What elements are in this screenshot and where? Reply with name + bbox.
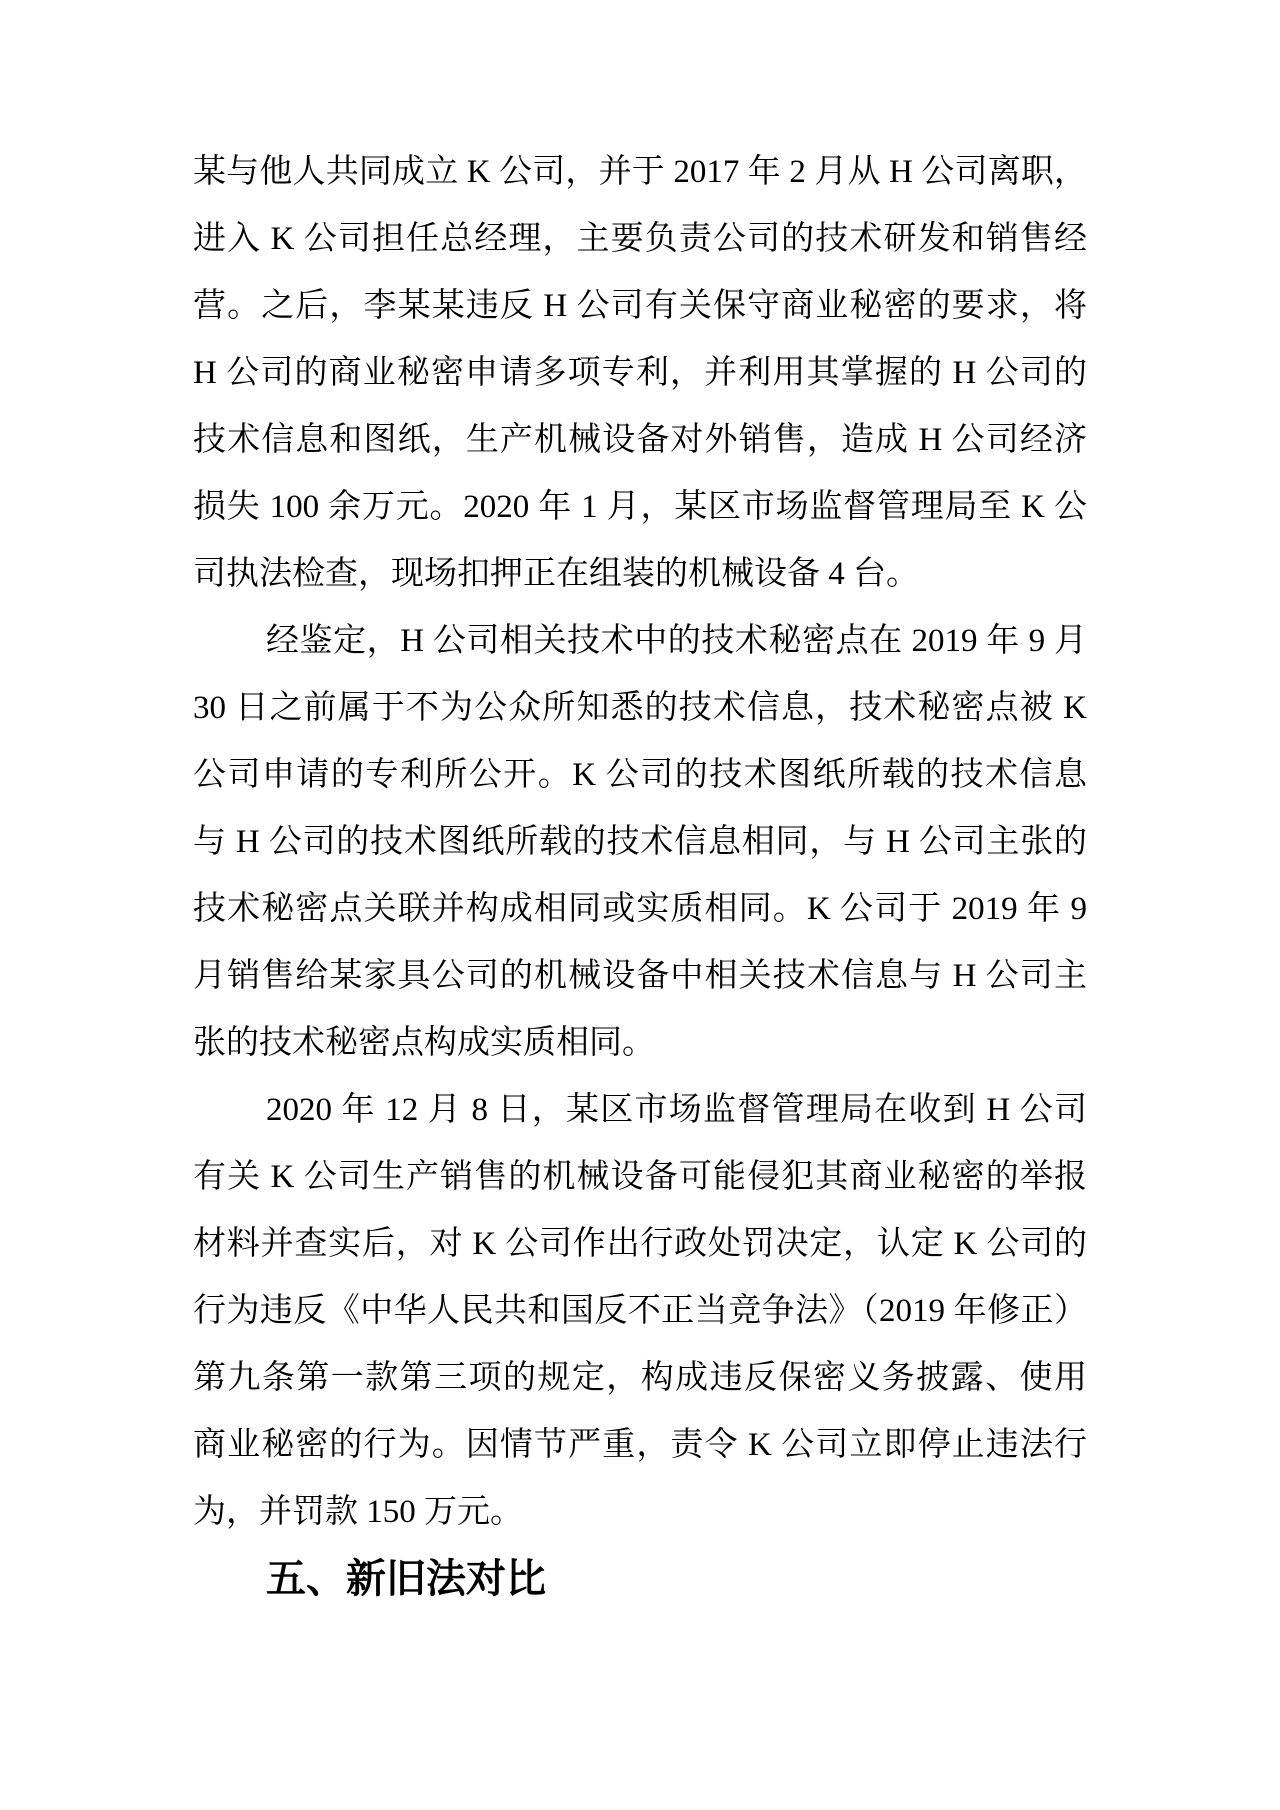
text-line: 司执法检查，现场扣押正在组装的机械设备 4 台。 [193,541,1087,608]
paragraph-3: 2020 年 12 月 8 日，某区市场监督管理局在收到 H 公司 有关 K 公… [193,1077,1087,1546]
body-text: 某与他人共同成立 K 公司，并于 2017 年 2 月从 H 公司离职， 进入 … [193,139,1087,1613]
text-line: 经鉴定，H 公司相关技术中的技术秘密点在 2019 年 9 月 [193,608,1087,675]
text-line: 营。之后，李某某违反 H 公司有关保守商业秘密的要求，将 [193,273,1087,340]
text-line: 技术秘密点关联并构成相同或实质相同。K 公司于 2019 年 9 [193,876,1087,943]
text-line: 损失 100 余万元。2020 年 1 月，某区市场监督管理局至 K 公 [193,474,1087,541]
text-line: 为，并罚款 150 万元。 [193,1479,1087,1546]
section-heading: 五、新旧法对比 [193,1546,1087,1613]
text-line: 商业秘密的行为。因情节严重，责令 K 公司立即停止违法行 [193,1412,1087,1479]
text-line: H 公司的商业秘密申请多项专利，并利用其掌握的 H 公司的 [193,340,1087,407]
text-line: 技术信息和图纸，生产机械设备对外销售，造成 H 公司经济 [193,407,1087,474]
text-line: 第九条第一款第三项的规定，构成违反保密义务披露、使用 [193,1345,1087,1412]
document-page: 某与他人共同成立 K 公司，并于 2017 年 2 月从 H 公司离职， 进入 … [0,0,1280,1810]
text-line: 与 H 公司的技术图纸所载的技术信息相同，与 H 公司主张的 [193,809,1087,876]
text-line: 有关 K 公司生产销售的机械设备可能侵犯其商业秘密的举报 [193,1144,1087,1211]
text-line: 材料并查实后，对 K 公司作出行政处罚决定，认定 K 公司的 [193,1211,1087,1278]
paragraph-1: 某与他人共同成立 K 公司，并于 2017 年 2 月从 H 公司离职， 进入 … [193,139,1087,608]
text-line: 月销售给某家具公司的机械设备中相关技术信息与 H 公司主 [193,943,1087,1010]
text-line: 张的技术秘密点构成实质相同。 [193,1010,1087,1077]
text-line: 进入 K 公司担任总经理，主要负责公司的技术研发和销售经 [193,206,1087,273]
text-line: 行为违反《中华人民共和国反不正当竞争法》（2019 年修正） [193,1278,1087,1345]
text-line: 公司申请的专利所公开。K 公司的技术图纸所载的技术信息 [193,742,1087,809]
text-line: 2020 年 12 月 8 日，某区市场监督管理局在收到 H 公司 [193,1077,1087,1144]
text-line: 30 日之前属于不为公众所知悉的技术信息，技术秘密点被 K [193,675,1087,742]
paragraph-2: 经鉴定，H 公司相关技术中的技术秘密点在 2019 年 9 月 30 日之前属于… [193,608,1087,1077]
text-line: 某与他人共同成立 K 公司，并于 2017 年 2 月从 H 公司离职， [193,139,1087,206]
